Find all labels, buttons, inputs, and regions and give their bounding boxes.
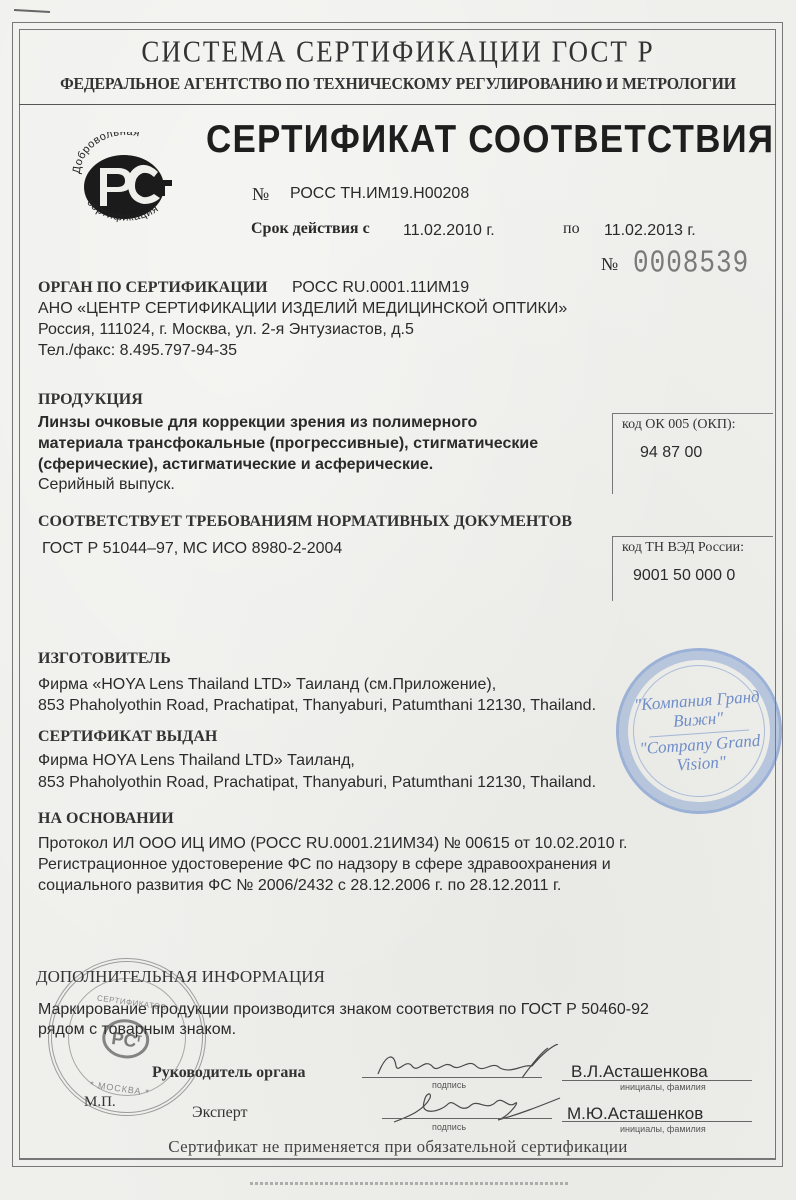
printer-imprint (250, 1182, 570, 1185)
issued-to-heading: СЕРТИФИКАТ ВЫДАН (38, 728, 217, 746)
basis-line: социального развития ФС № 2006/2432 с 28… (38, 877, 561, 895)
valid-from: 11.02.2010 г. (403, 222, 495, 240)
seal-label: М.П. (84, 1094, 116, 1111)
header-divider (19, 104, 776, 105)
product-line: Линзы очковые для коррекции зрения из по… (38, 414, 477, 432)
head-label: Руководитель органа (152, 1064, 306, 1082)
manufacturer-heading: ИЗГОТОВИТЕЛЬ (38, 650, 171, 668)
system-title: СИСТЕМА СЕРТИФИКАЦИИ ГОСТ Р (0, 34, 796, 70)
certificate-number-label: № (252, 184, 269, 205)
expert-name-line (562, 1121, 752, 1122)
okp-code-value: 94 87 00 (640, 444, 702, 462)
basis-line: Регистрационное удостоверение ФС по надз… (38, 856, 611, 874)
tnved-code-value: 9001 50 000 0 (633, 567, 735, 585)
svg-text:PC: PC (110, 1028, 138, 1051)
issued-to-line: Фирма HOYA Lens Thailand LTD» Таиланд, (38, 752, 355, 770)
certificate-number: РОСС TH.ИМ19.H00208 (290, 185, 469, 203)
expert-label: Эксперт (192, 1104, 247, 1122)
head-name-caption: инициалы, фамилия (620, 1082, 706, 1092)
expert-signature-icon (390, 1088, 570, 1128)
basis-line: Протокол ИЛ ООО ИЦ ИМО (РОСС RU.0001.21И… (38, 835, 627, 853)
expert-signature-caption: подпись (432, 1122, 466, 1132)
valid-to-label: по (563, 220, 580, 238)
product-heading: ПРОДУКЦИЯ (38, 391, 143, 409)
head-signature-icon (372, 1044, 572, 1084)
expert-name-caption: инициалы, фамилия (620, 1124, 706, 1134)
tnved-code-label: код ТН ВЭД России: (622, 540, 744, 556)
tnved-code-box: код ТН ВЭД России: 9001 50 000 0 (612, 536, 773, 601)
okp-code-box: код ОК 005 (ОКП): 94 87 00 (612, 413, 773, 494)
compliance-heading: СООТВЕТСТВУЕТ ТРЕБОВАНИЯМ НОРМАТИВНЫХ ДО… (38, 513, 572, 531)
validity-label: Срок действия с (251, 220, 370, 238)
certification-body-address: Россия, 111024, г. Москва, ул. 2-я Энтуз… (38, 321, 414, 339)
svg-text:т: т (135, 1030, 143, 1045)
scan-mark (14, 9, 50, 13)
product-line: (сферические), астигматические и асферич… (38, 456, 433, 474)
manufacturer-line: Фирма «HOYA Lens Thailand LTD» Таиланд (… (38, 676, 496, 694)
blank-number: 0008539 (633, 245, 749, 281)
certification-body-code: РОСС RU.0001.11ИМ19 (292, 279, 469, 297)
blank-number-label: № (601, 254, 618, 275)
head-name: В.Л.Асташенкова (571, 1062, 708, 1082)
okp-code-label: код ОК 005 (ОКП): (622, 417, 736, 433)
valid-to: 11.02.2013 г. (604, 222, 696, 240)
head-name-line (562, 1080, 752, 1081)
issued-to-address: 853 Phaholyothin Road, Prachatipat, Than… (38, 774, 596, 792)
basis-heading: НА ОСНОВАНИИ (38, 810, 174, 828)
footer-divider (19, 1158, 776, 1159)
rst-logo-icon: Добровольная сертификация (66, 132, 186, 232)
certification-body-name: АНО «ЦЕНТР СЕРТИФИКАЦИИ ИЗДЕЛИЙ МЕДИЦИНС… (38, 300, 567, 318)
footer-notice: Сертификат не применяется при обязательн… (0, 1137, 796, 1157)
agency-name: ФЕДЕРАЛЬНОЕ АГЕНТСТВО ПО ТЕХНИЧЕСКОМУ РЕ… (28, 74, 768, 94)
manufacturer-address: 853 Phaholyothin Road, Prachatipat, Than… (38, 697, 596, 715)
seal-rst-icon: PC т (97, 1014, 154, 1063)
certificate-title: СЕРТИФИКАТ СООТВЕТСТВИЯ (206, 118, 774, 162)
product-line: материала трансфокальные (прогрессивные)… (38, 435, 538, 453)
head-signature-line (362, 1077, 542, 1078)
compliance-standards: ГОСТ Р 51044–97, МС ИСО 8980-2-2004 (42, 540, 342, 558)
expert-signature-line (382, 1118, 552, 1119)
product-release: Серийный выпуск. (38, 476, 175, 494)
certification-body-heading: ОРГАН ПО СЕРТИФИКАЦИИ (38, 279, 268, 297)
certification-body-phone: Тел./факс: 8.495.797-94-35 (38, 342, 237, 360)
